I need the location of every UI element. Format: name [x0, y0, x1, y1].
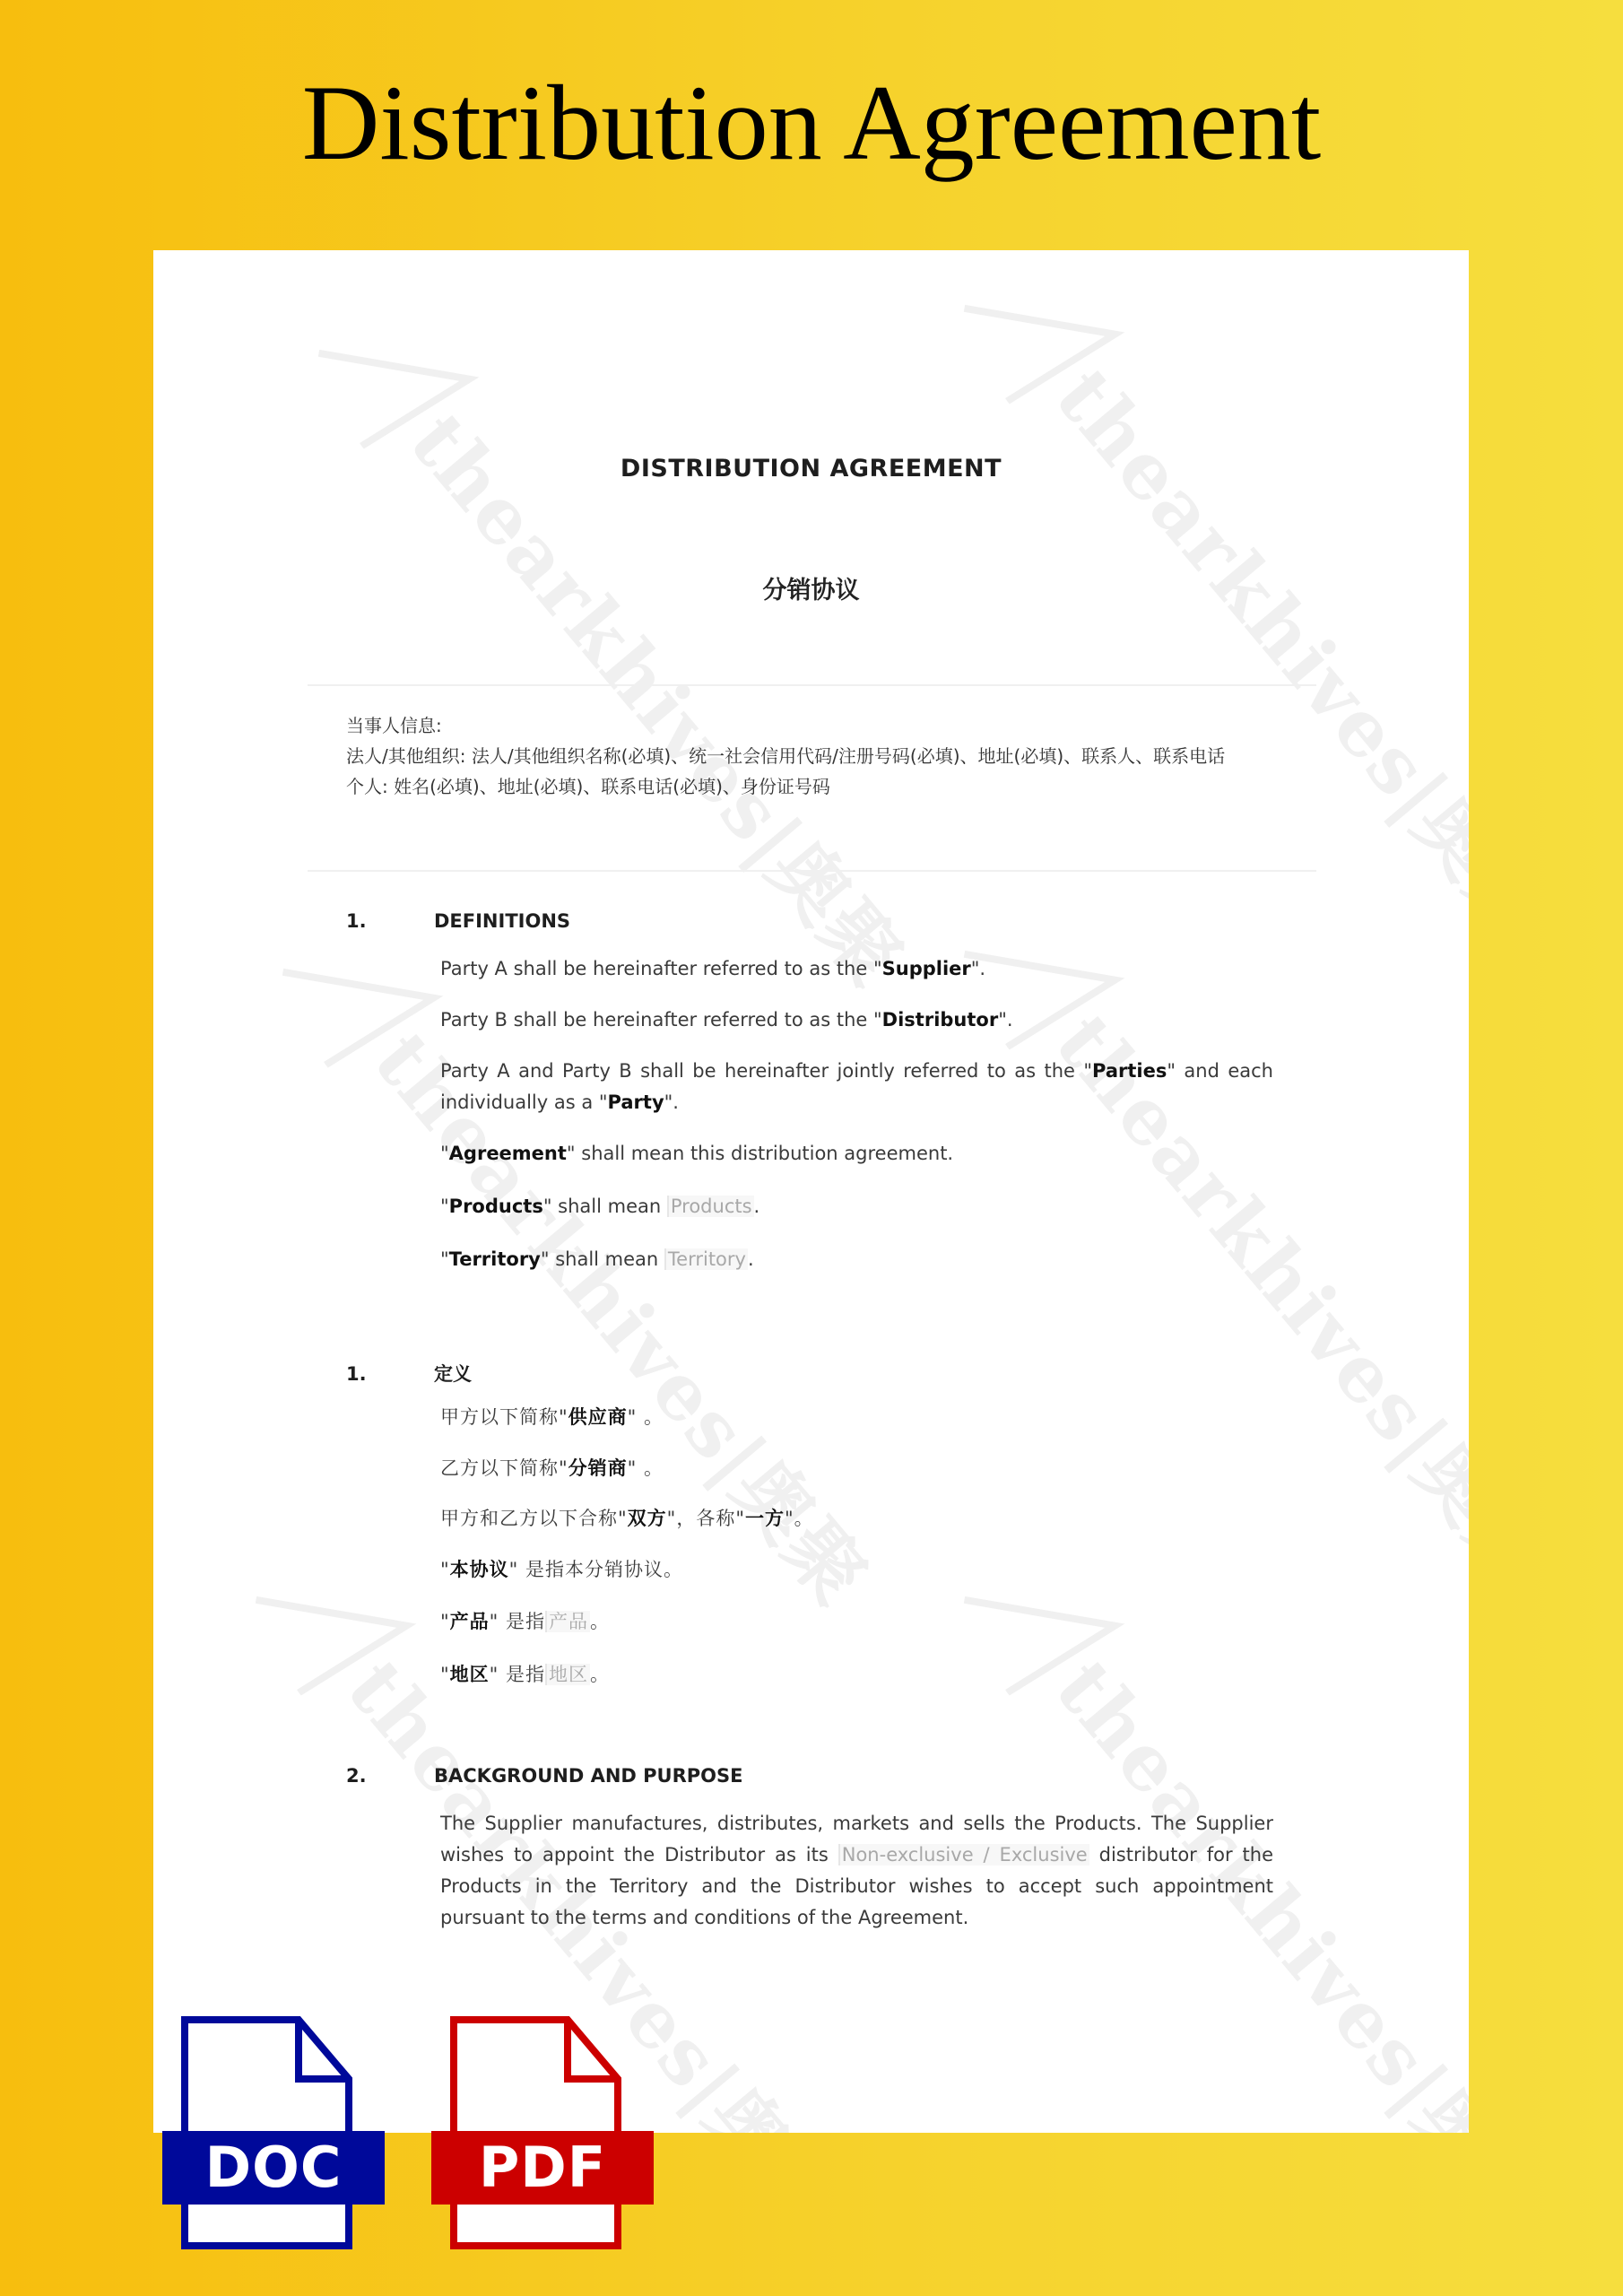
- section-number: 1.: [346, 910, 434, 932]
- section-number: 2.: [346, 1765, 434, 1787]
- definition-paragraph: 乙方以下简称"分销商" 。: [440, 1453, 1273, 1484]
- pdf-download-button[interactable]: PDF: [431, 2014, 654, 2252]
- placeholder-field[interactable]: 地区: [545, 1664, 590, 1685]
- section-title: BACKGROUND AND PURPOSE: [434, 1765, 742, 1787]
- pdf-label: PDF: [431, 2131, 654, 2205]
- party-info: 当事人信息: 法人/其他组织: 法人/其他组织名称(必填)、统一社会信用代码/注…: [346, 710, 1243, 802]
- divider: [308, 870, 1316, 872]
- doc-download-button[interactable]: DOC: [162, 2014, 385, 2252]
- definition-paragraph: "地区" 是指地区。: [440, 1659, 1273, 1691]
- definition-paragraph: 甲方以下简称"供应商" 。: [440, 1402, 1273, 1433]
- section-heading: 1.DEFINITIONS: [346, 910, 570, 932]
- definition-paragraph: 甲方和乙方以下合称"双方"，各称"一方"。: [440, 1503, 1273, 1535]
- watermark: thearkhives|奥聚: [285, 277, 914, 987]
- definition-paragraph: Party B shall be hereinafter referred to…: [440, 1004, 1273, 1036]
- placeholder-field[interactable]: Non-exclusive / Exclusive: [838, 1844, 1089, 1865]
- section-title: DEFINITIONS: [434, 910, 570, 932]
- divider: [308, 684, 1316, 686]
- document-title: DISTRIBUTION AGREEMENT: [153, 455, 1469, 483]
- placeholder-field[interactable]: Products: [667, 1196, 754, 1217]
- party-info-heading: 当事人信息:: [346, 710, 1243, 741]
- section-heading: 1.定义: [346, 1360, 472, 1387]
- placeholder-field[interactable]: Territory: [664, 1248, 748, 1270]
- placeholder-field[interactable]: 产品: [545, 1611, 590, 1632]
- party-info-line: 法人/其他组织: 法人/其他组织名称(必填)、统一社会信用代码/注册号码(必填)…: [346, 741, 1243, 771]
- banner-title: Distribution Agreement: [0, 56, 1623, 190]
- document-page: thearkhives|奥聚 thearkhives|奥聚 thearkhive…: [153, 250, 1469, 2133]
- body-paragraph: The Supplier manufactures, distributes, …: [440, 1808, 1273, 1934]
- section-title: 定义: [434, 1363, 472, 1385]
- watermark-triangle-icon: [938, 250, 1127, 422]
- definition-paragraph: Party A and Party B shall be hereinafter…: [440, 1056, 1273, 1118]
- section-heading: 2.BACKGROUND AND PURPOSE: [346, 1765, 742, 1787]
- section-number: 1.: [346, 1363, 434, 1385]
- doc-label: DOC: [162, 2131, 385, 2205]
- definition-paragraph: "Territory" shall mean Territory.: [440, 1244, 1273, 1275]
- definition-paragraph: Party A shall be hereinafter referred to…: [440, 953, 1273, 985]
- watermark-triangle-icon: [292, 277, 482, 466]
- watermark-triangle-icon: [230, 1524, 419, 1713]
- definition-paragraph: "产品" 是指产品。: [440, 1606, 1273, 1638]
- definition-paragraph: "本协议" 是指本分销协议。: [440, 1554, 1273, 1586]
- definition-paragraph: "Agreement" shall mean this distribution…: [440, 1138, 1273, 1170]
- party-info-line: 个人: 姓名(必填)、地址(必填)、联系电话(必填)、身份证号码: [346, 771, 1243, 802]
- definition-paragraph: "Products" shall mean Products.: [440, 1191, 1273, 1222]
- document-title-cn: 分销协议: [153, 570, 1469, 605]
